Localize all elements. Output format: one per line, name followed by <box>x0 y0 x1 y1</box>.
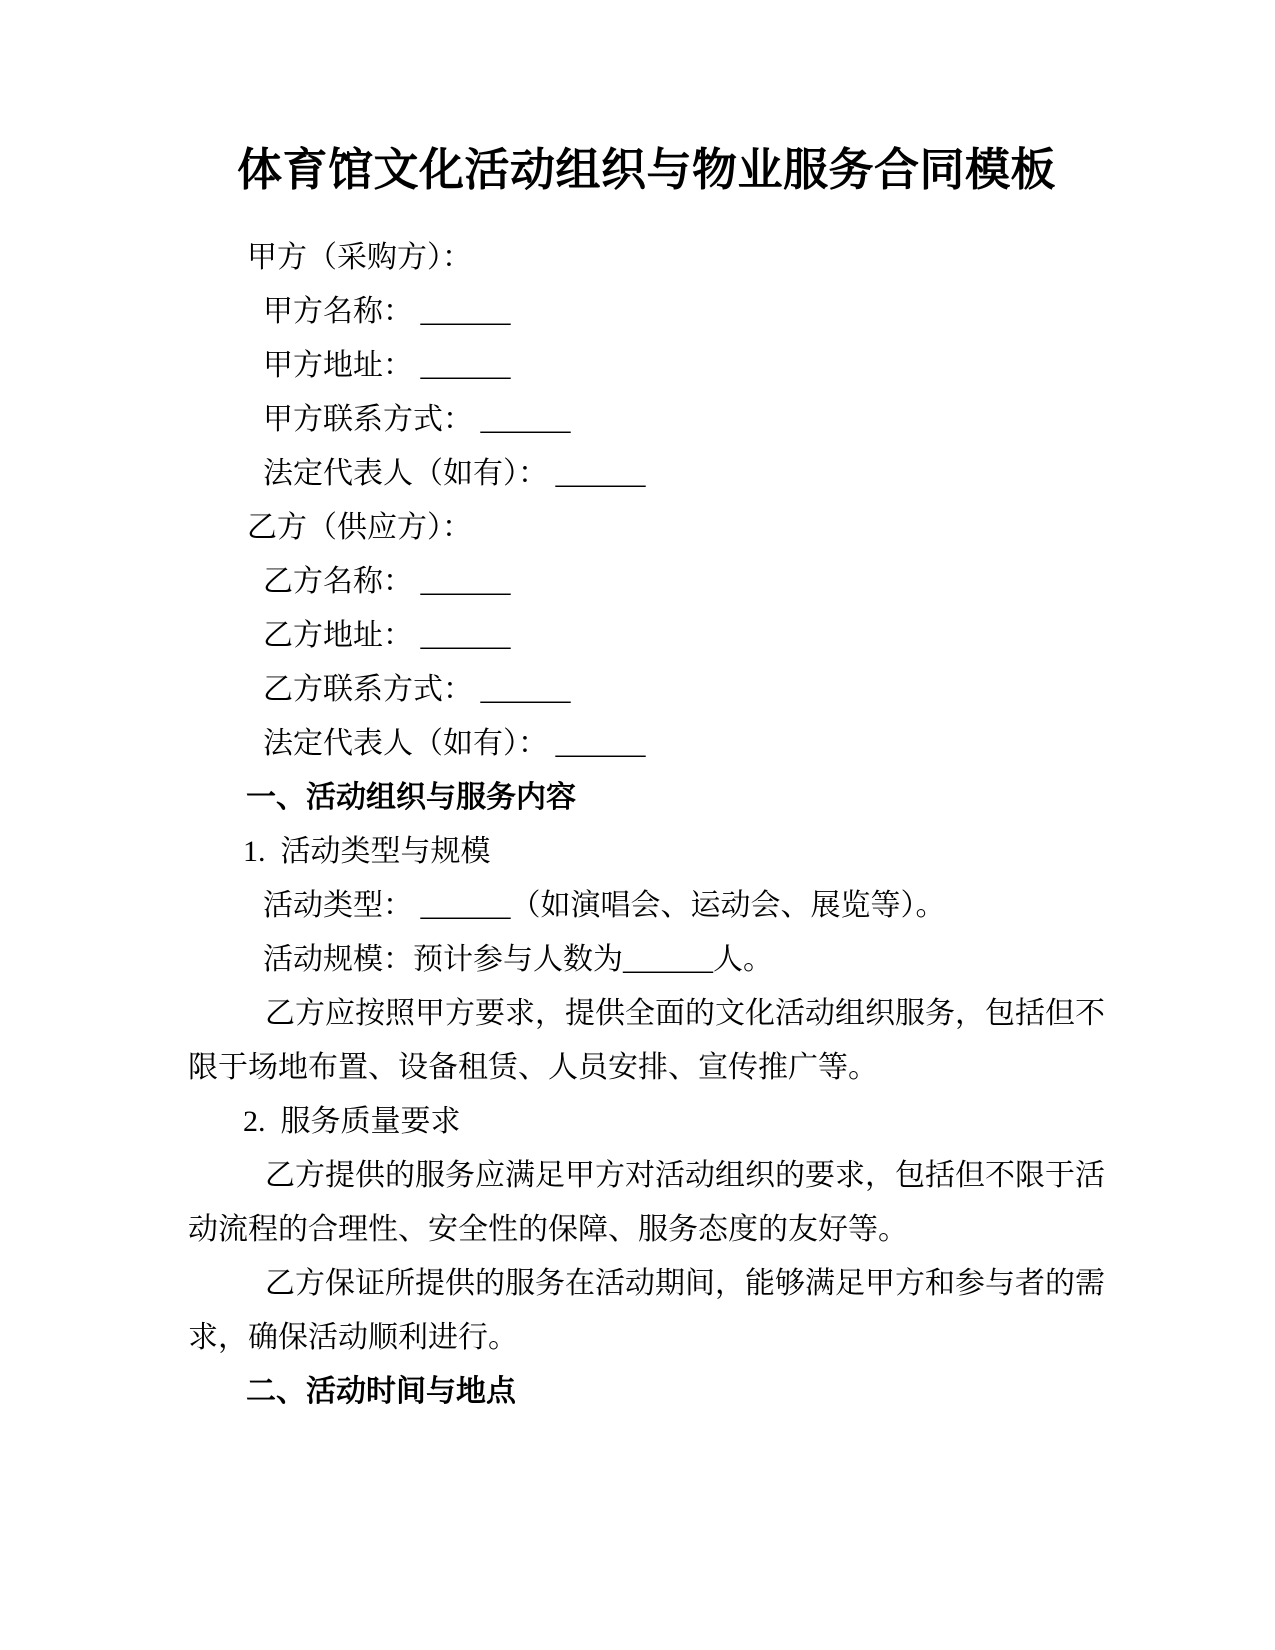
party-a-heading: 甲方（采购方）： <box>188 231 1105 285</box>
party-b-heading: 乙方（供应方）： <box>188 501 1105 555</box>
activity-scale-blank-line: 活动规模：预计参与人数为______人。 <box>188 933 1105 987</box>
clause-2-paragraph-1: 乙方提供的服务应满足甲方对活动组织的要求，包括但不限于活 动流程的合理性、安全性… <box>188 1149 1105 1257</box>
clause-1-paragraph: 乙方应按照甲方要求，提供全面的文化活动组织服务，包括但不 限于场地布置、设备租赁… <box>188 987 1105 1095</box>
party-a-legal-rep-blank: 法定代表人（如有）： ______ <box>188 447 1105 501</box>
clause-1-title: 1. 活动类型与规模 <box>188 825 1105 879</box>
clause-2-title: 2. 服务质量要求 <box>188 1095 1105 1149</box>
party-a-address-blank: 甲方地址： ______ <box>188 339 1105 393</box>
party-b-contact-blank: 乙方联系方式： ______ <box>188 663 1105 717</box>
party-b-legal-rep-blank: 法定代表人（如有）： ______ <box>188 717 1105 771</box>
section-1-heading: 一、活动组织与服务内容 <box>188 771 1105 825</box>
party-b-name-blank: 乙方名称： ______ <box>188 555 1105 609</box>
activity-type-blank-line: 活动类型： ______（如演唱会、运动会、展览等）。 <box>188 879 1105 933</box>
document-title: 体育馆文化活动组织与物业服务合同模板 <box>188 135 1105 205</box>
party-a-name-blank: 甲方名称： ______ <box>188 285 1105 339</box>
contract-document-page: 体育馆文化活动组织与物业服务合同模板 甲方（采购方）： 甲方名称： ______… <box>0 0 1275 1650</box>
party-b-address-blank: 乙方地址： ______ <box>188 609 1105 663</box>
party-a-contact-blank: 甲方联系方式： ______ <box>188 393 1105 447</box>
section-2-heading: 二、活动时间与地点 <box>188 1365 1105 1419</box>
clause-2-paragraph-2: 乙方保证所提供的服务在活动期间，能够满足甲方和参与者的需 求，确保活动顺利进行。 <box>188 1257 1105 1365</box>
